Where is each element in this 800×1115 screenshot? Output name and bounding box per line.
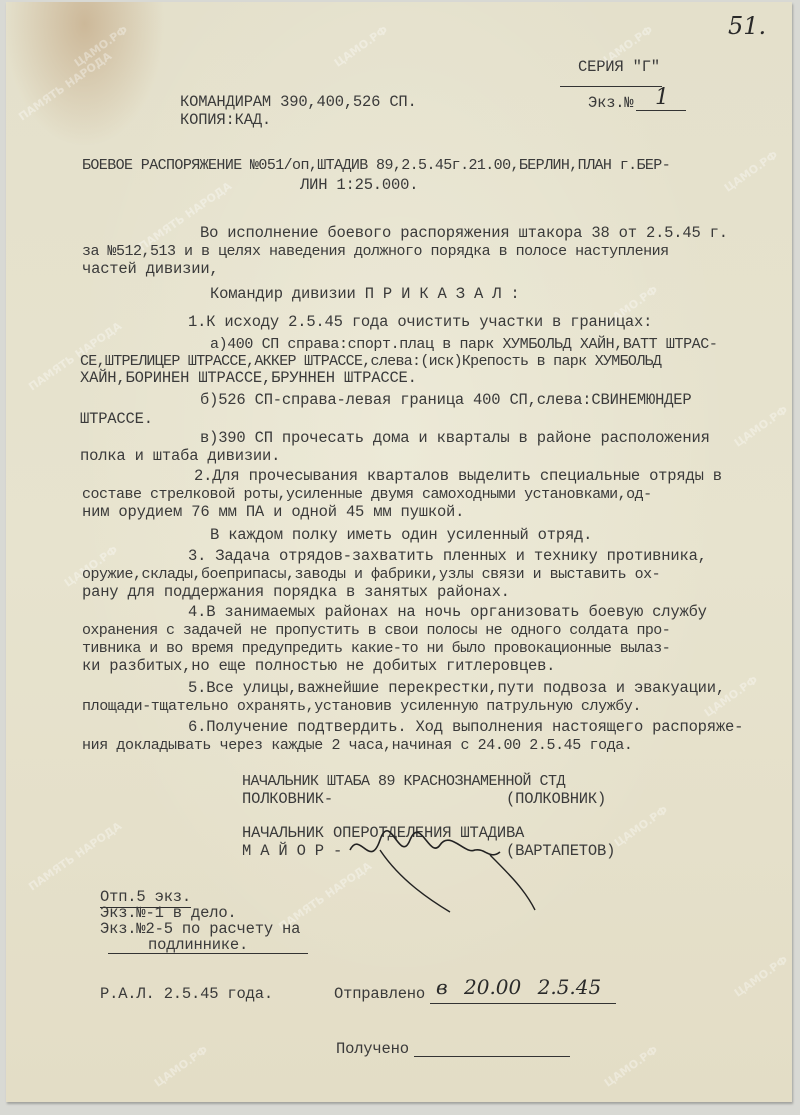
chief-of-staff-title: НАЧАЛЬНИК ШТАБА 89 КРАСНОЗНАМЕННОЙ СТД [242,772,565,791]
item-2: 2.Для прочесывания кварталов выделить сп… [194,467,722,486]
preamble-line: Во исполнение боевого распоряжения штако… [200,224,728,243]
addressees-to: КОМАНДИРАМ 390,400,526 СП. [180,93,417,112]
signature-scribble [340,820,540,920]
ops-chief-rank: М А Й О Р - [242,842,342,861]
series-label: СЕРИЯ "Г" [578,58,660,77]
item-5: 5.Все улицы,важнейшие перекрестки,пути п… [188,679,725,698]
item-2b: В каждом полку иметь один усиленный отря… [210,526,592,545]
item-3: рану для поддержания порядка в занятых р… [82,583,510,602]
item-1b: ШТРАССЕ. [80,410,153,429]
item-2: составе стрелковой роты,усиленные двумя … [82,485,652,504]
order-heading: Командир дивизии П Р И К А З А Л : [210,285,519,304]
item-1a: ХАЙН,БОРИНЕН ШТРАССЕ,БРУННЕН ШТРАССЕ. [80,369,417,388]
copy-label: Экз.№ [588,94,634,113]
item-5: площади-тщательно охранять,установив уси… [82,697,641,716]
item-4: охранения с задачей не пропустить в свои… [82,621,670,640]
typist-date: Р.А.Л. 2.5.45 года. [100,985,273,1004]
sent-value: в 20.00 2.5.45 [436,975,601,999]
item-6: ния докладывать через каждые 2 часа,начи… [82,736,633,755]
received-label: Получено [336,1040,409,1059]
item-6: 6.Получение подтвердить. Ход выполнения … [188,718,743,737]
chief-of-staff-rank: ПОЛКОВНИК- [242,790,333,809]
order-title: БОЕВОЕ РАСПОРЯЖЕНИЕ №051/оп,ШТАДИВ 89,2.… [82,156,670,175]
copy-number: 1 [655,85,669,110]
sent-underline [430,1003,616,1004]
preamble-line: за №512,513 и в целях наведения должного… [82,242,669,261]
order-title-cont: ЛИН 1:25.000. [300,176,418,195]
item-2: ним орудием 76 мм ПА и одной 45 мм пушко… [82,503,464,522]
item-3: оружие,склады,боеприпасы,заводы и фабрик… [82,565,660,584]
item-1b: б)526 СП-справа-левая граница 400 СП,сле… [200,391,691,410]
sent-label: Отправлено [334,985,425,1004]
divider [560,86,662,87]
item-4: 4.В занимаемых районах на ночь организов… [188,603,707,622]
item-4: тивника и во время предупредить какие-то… [82,639,670,658]
addressees-copy: КОПИЯ:КАД. [180,111,271,130]
item-1c: в)390 СП прочесать дома и кварталы в рай… [200,429,710,448]
received-underline [414,1056,570,1057]
chief-of-staff-name: (ПОЛКОВНИК) [506,790,606,809]
item-1: 1.К исходу 2.5.45 года очистить участки … [188,313,652,332]
copy-underline [636,110,686,111]
item-1c: полка и штаба дивизии. [80,447,280,466]
item-3: 3. Задача отрядов-захватить пленных и те… [188,547,707,566]
page-number: 51. [728,12,766,40]
distribution-underline [108,953,308,954]
preamble-line: частей дивизии, [82,260,219,279]
item-4: ки разбитых,но еще полностью не добитых … [82,657,555,676]
